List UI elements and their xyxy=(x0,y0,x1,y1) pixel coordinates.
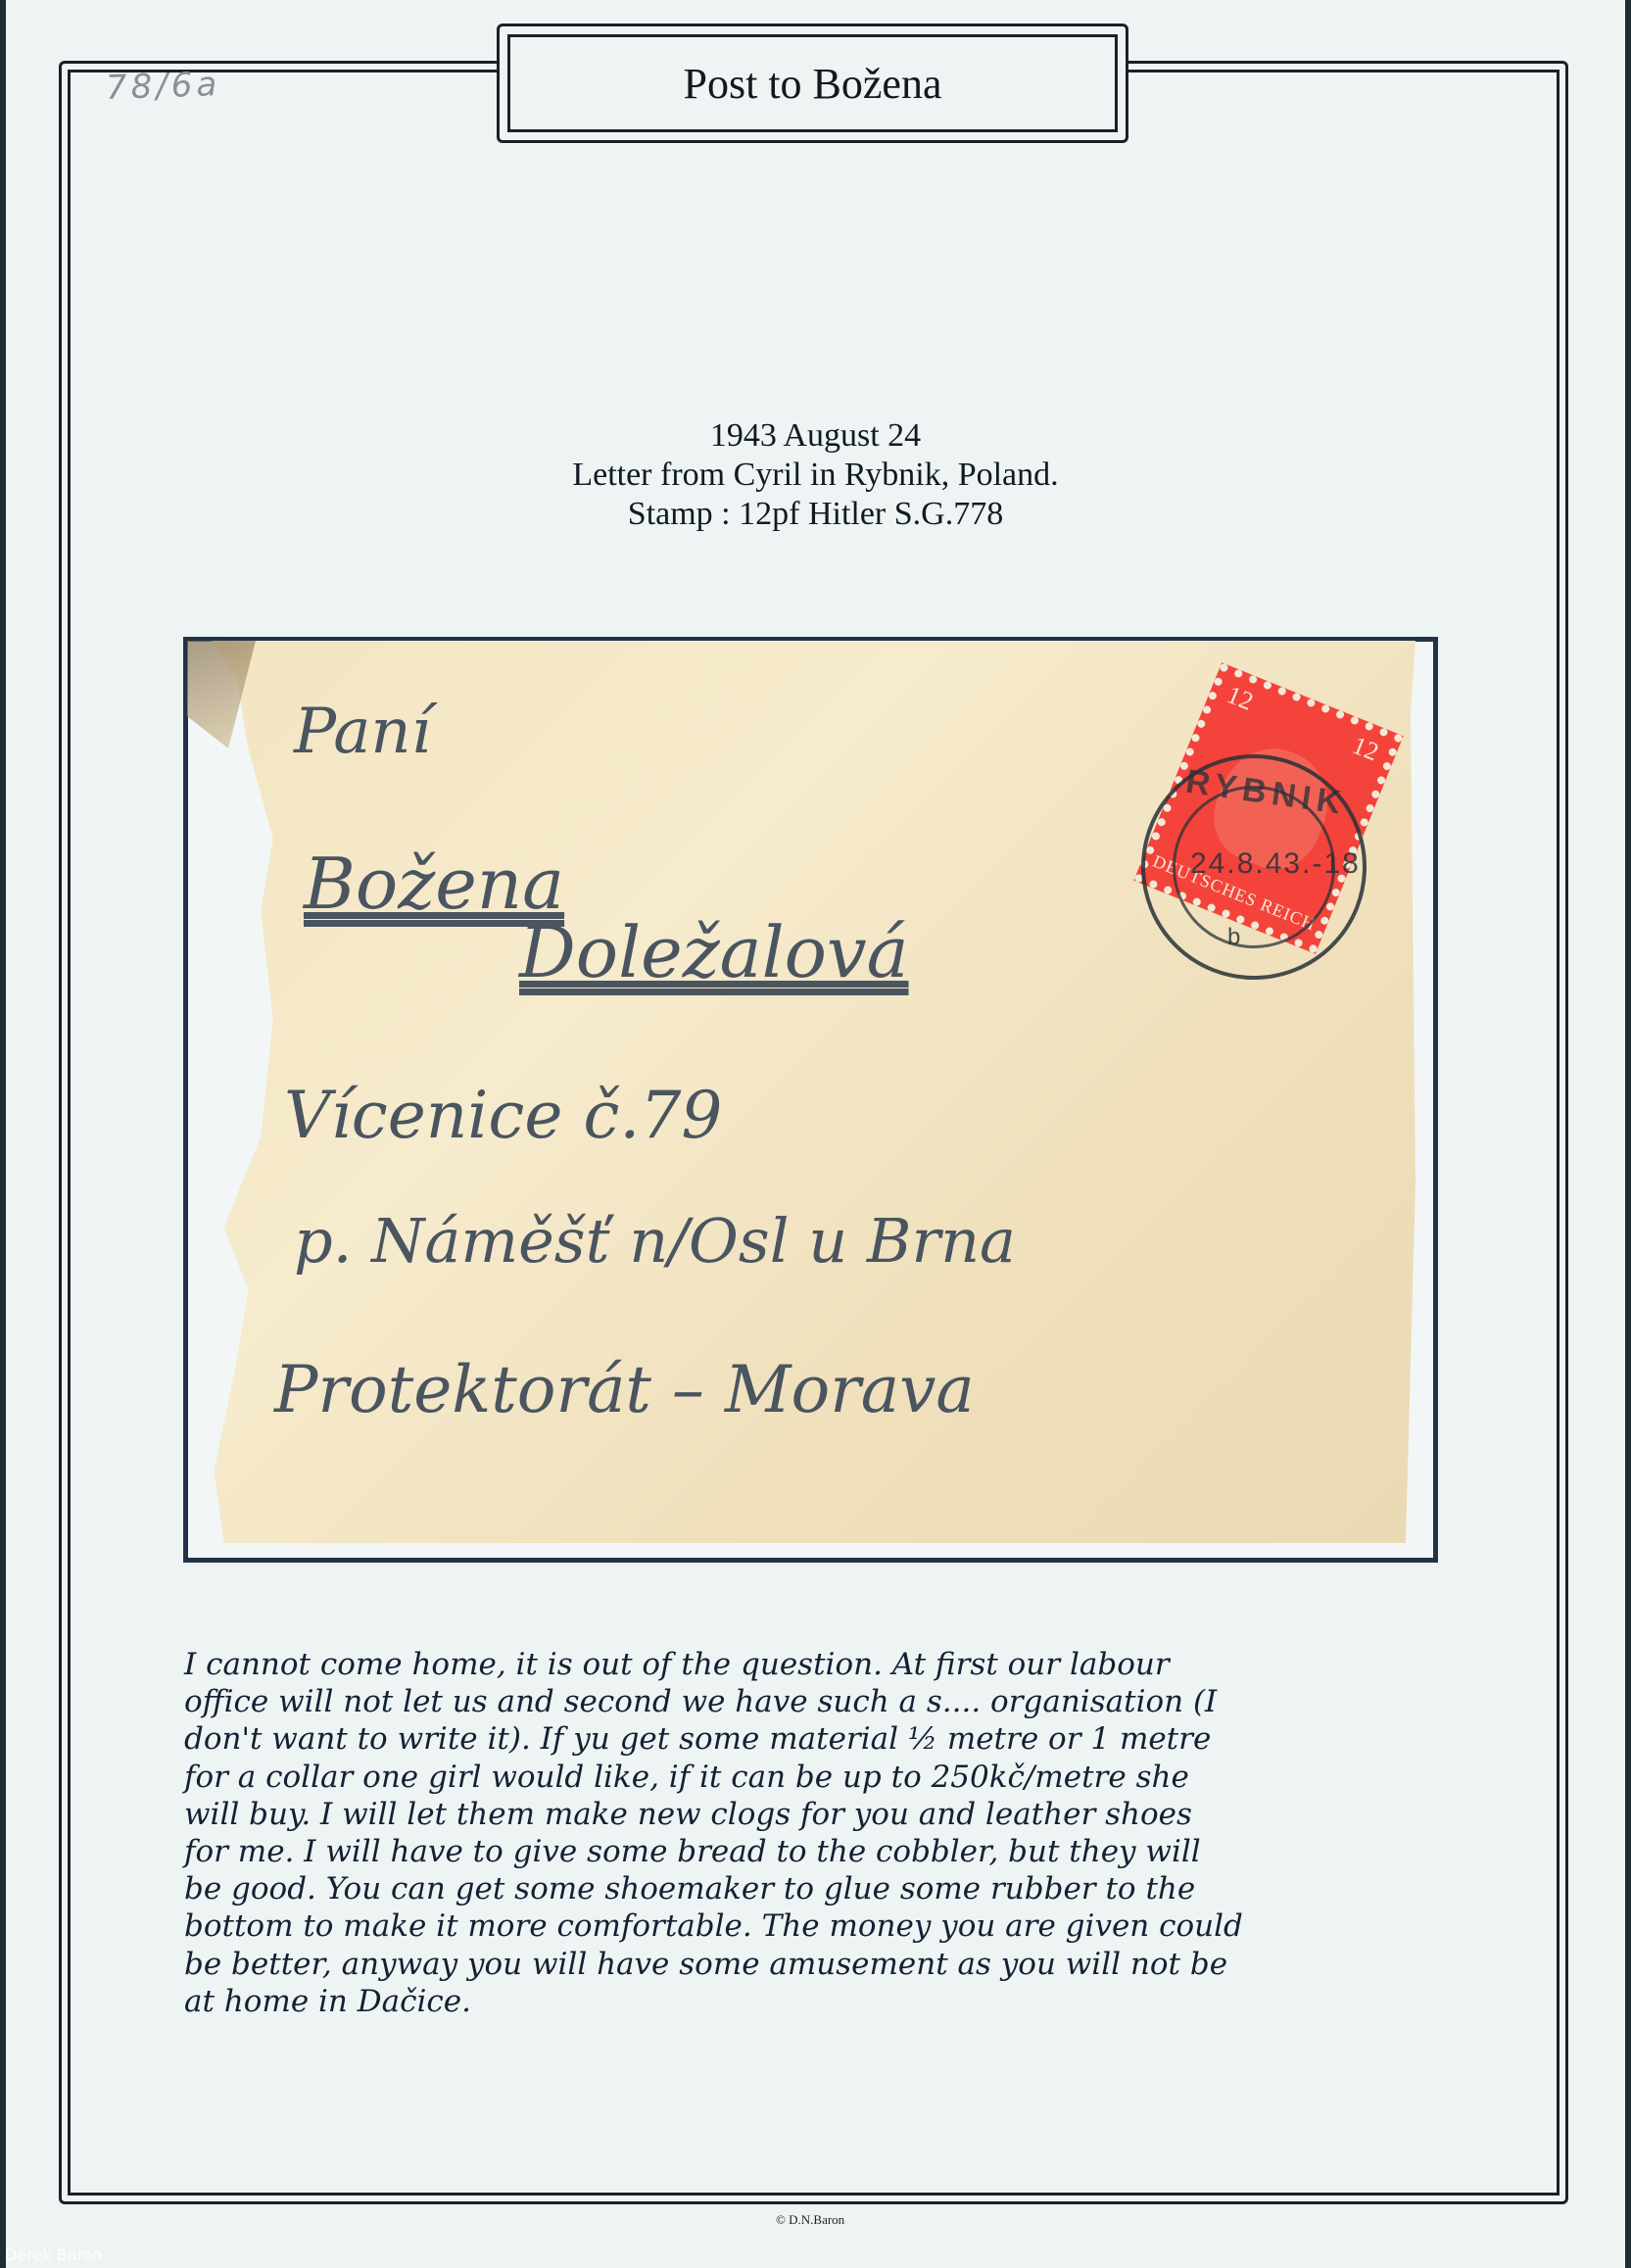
watermark: Derek Baron xyxy=(5,2245,103,2264)
transcript-line: I cannot come home, it is out of the que… xyxy=(184,1646,1418,1683)
transcript-line: don't want to write it). If yu get some … xyxy=(184,1720,1418,1758)
title-box: Post to Božena xyxy=(497,24,1128,143)
transcript-line: bottom to make it more comfortable. The … xyxy=(184,1907,1418,1945)
address-line-post-office: p. Náměšť n/Osl u Brna xyxy=(294,1205,1016,1277)
copyright-notice: © D.N.Baron xyxy=(776,2212,844,2228)
caption-description: Letter from Cyril in Rybnik, Poland. xyxy=(0,456,1631,495)
address-line-village: Vícenice č.79 xyxy=(284,1078,722,1153)
letter-transcript: I cannot come home, it is out of the que… xyxy=(184,1646,1418,2020)
transcript-line: be good. You can get some shoemaker to g… xyxy=(184,1870,1418,1907)
postmark-code: b xyxy=(1227,924,1240,951)
caption-date: 1943 August 24 xyxy=(0,416,1631,456)
caption-stamp: Stamp : 12pf Hitler S.G.778 xyxy=(0,495,1631,534)
address-line-salutation: Paní xyxy=(294,696,431,768)
address-line-surname: Doležalová xyxy=(519,911,909,993)
stamp-value-left: 12 xyxy=(1223,680,1257,717)
title-box-inner: Post to Božena xyxy=(507,34,1118,132)
transcript-line: office will not let us and second we hav… xyxy=(184,1683,1418,1720)
address-line-region: Protektorát – Morava xyxy=(274,1352,975,1427)
pencil-reference-note: 78/6a xyxy=(105,65,221,108)
transcript-line: will buy. I will let them make new clogs… xyxy=(184,1796,1418,1833)
transcript-line: for a collar one girl would like, if it … xyxy=(184,1759,1418,1796)
transcript-line: be better, anyway you will have some amu… xyxy=(184,1946,1418,1983)
scan-edge-right xyxy=(1625,0,1631,2268)
caption: 1943 August 24 Letter from Cyril in Rybn… xyxy=(0,416,1631,534)
postmark-date: 24.8.43.-18 xyxy=(1190,847,1361,881)
scan-edge-left xyxy=(0,0,6,2268)
page-title: Post to Božena xyxy=(684,59,942,109)
stamp-value-right: 12 xyxy=(1348,731,1382,768)
transcript-line: for me. I will have to give some bread t… xyxy=(184,1833,1418,1870)
transcript-line: at home in Dačice. xyxy=(184,1983,1418,2020)
